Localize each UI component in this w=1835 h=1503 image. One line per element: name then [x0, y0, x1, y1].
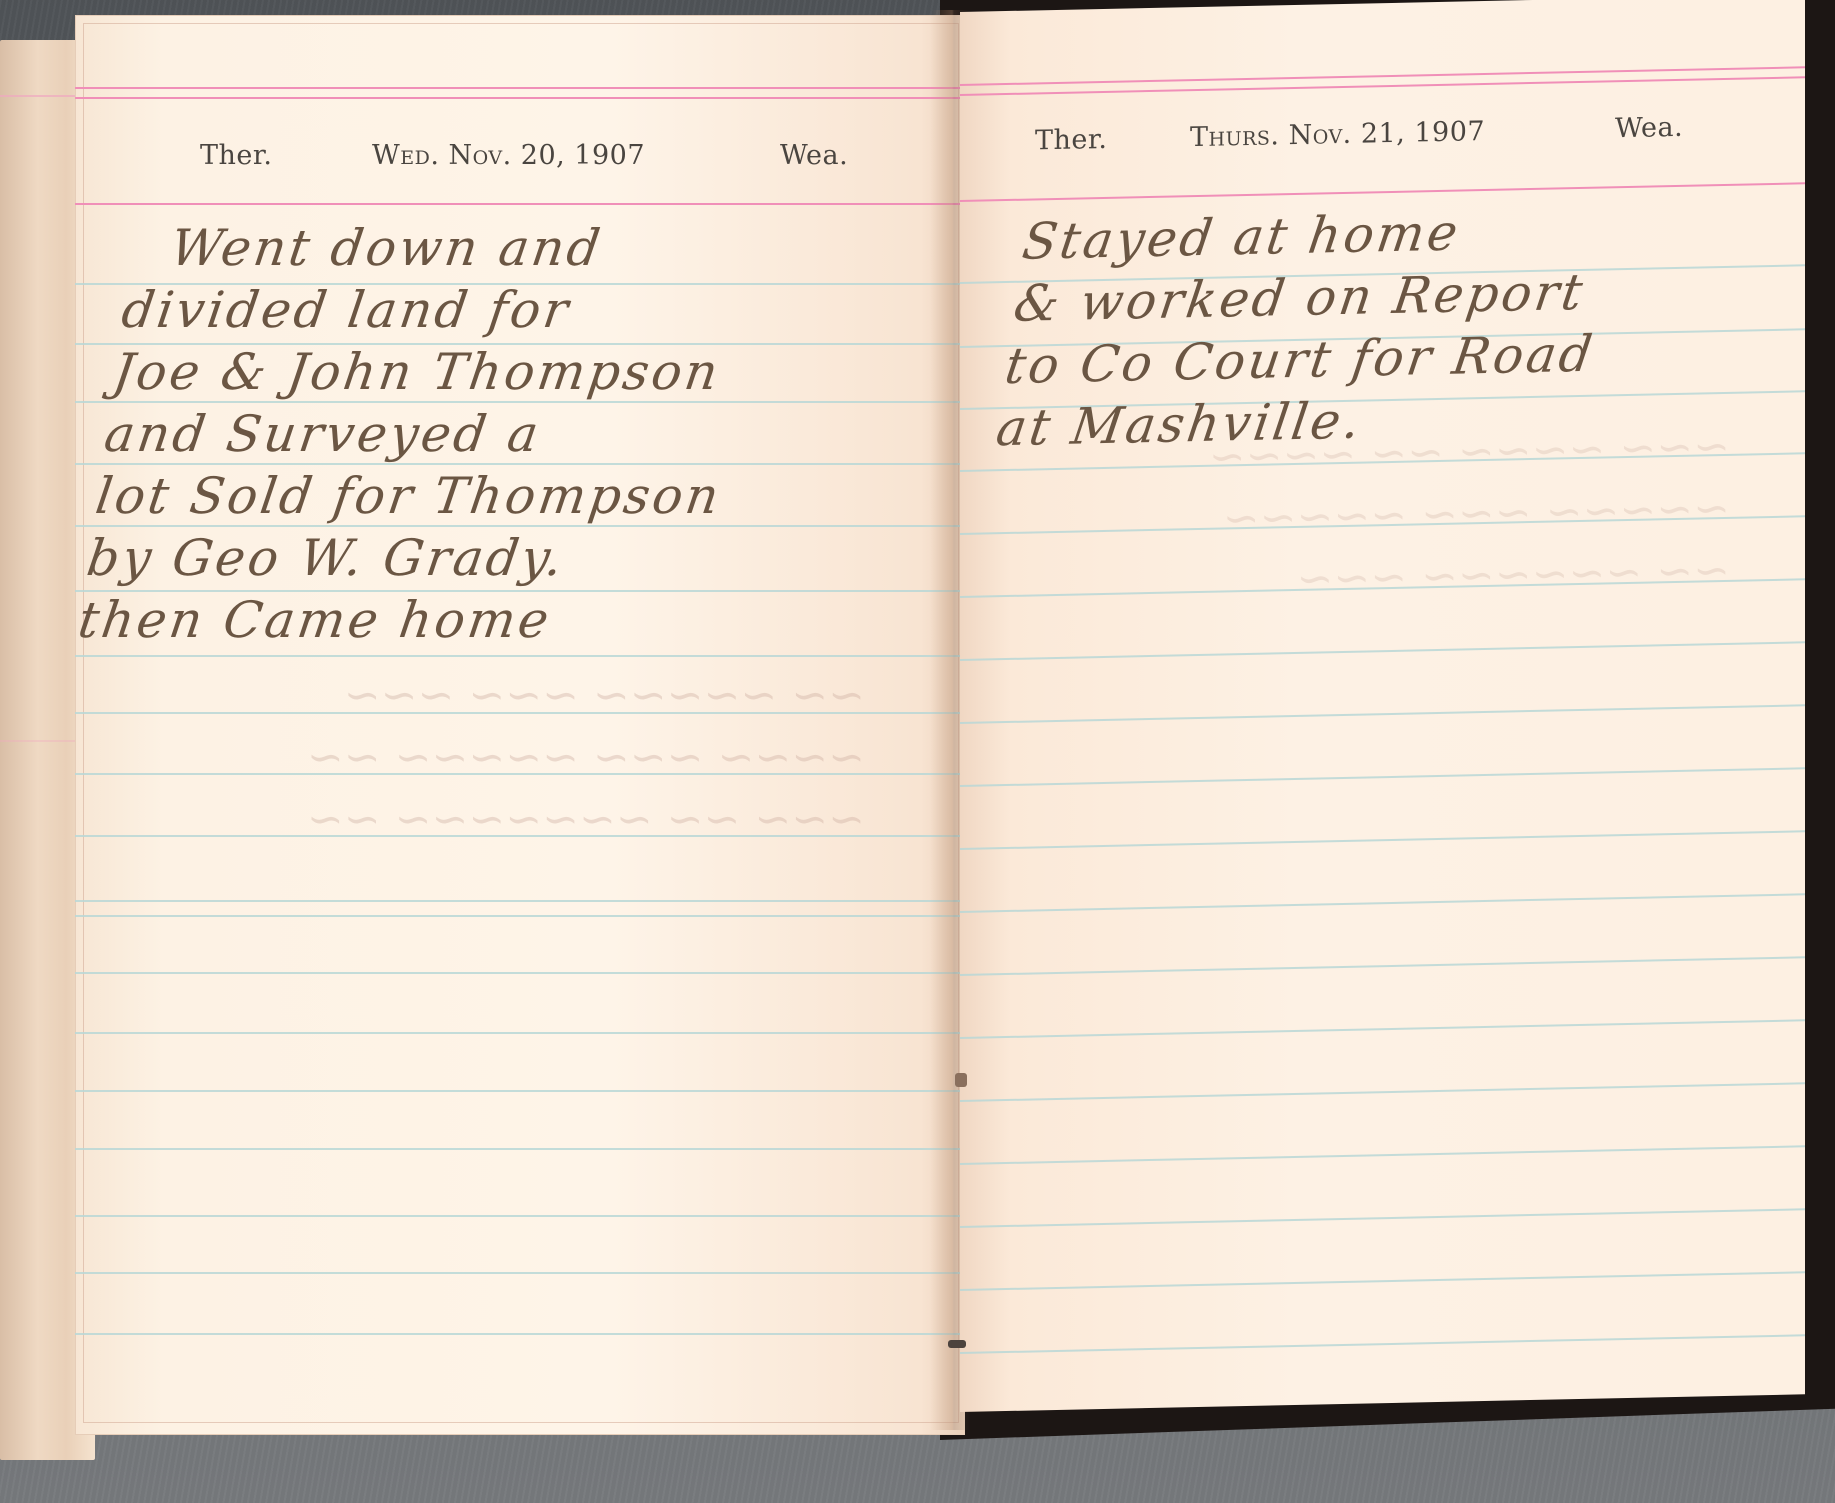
- ruled-line: [960, 956, 1805, 976]
- ruled-line: [960, 1208, 1805, 1228]
- page-header: Ther. Thurs. Nov. 21, 1907 Wea.: [960, 109, 1805, 127]
- ruled-line: [75, 1032, 965, 1034]
- diary-entry-right: Stayed at home & worked on Report to Co …: [993, 198, 1617, 459]
- header-rule-bottom: [75, 203, 965, 205]
- ruled-line: [960, 704, 1805, 724]
- entry-line: to Co Court for Road: [1001, 323, 1598, 398]
- ruled-line: [75, 915, 965, 917]
- ruled-line: [960, 767, 1805, 787]
- entry-line: at Mashville.: [993, 385, 1590, 460]
- ruled-line: [960, 830, 1805, 850]
- entry-line: Went down and: [127, 217, 760, 279]
- entry-line: and Surveyed a: [101, 403, 734, 465]
- thermometer-label: Ther.: [1035, 124, 1107, 157]
- ruled-line: [75, 1148, 965, 1150]
- ruled-line: [960, 1334, 1805, 1354]
- header-rule-bottom: [960, 182, 1805, 202]
- header-rule-top-2: [75, 97, 965, 99]
- thermometer-label: Ther.: [200, 140, 272, 171]
- binding-stitch: [955, 1073, 967, 1087]
- ruled-line: [960, 1145, 1805, 1165]
- entry-line: Joe & John Thompson: [109, 341, 742, 403]
- ruled-line: [75, 655, 965, 657]
- ruled-line: [75, 900, 965, 902]
- ruled-line: [960, 893, 1805, 913]
- ruled-line: [75, 1215, 965, 1217]
- ruled-line: [75, 1333, 965, 1335]
- binding-stitch: [948, 1340, 966, 1348]
- entry-line: then Came home: [75, 589, 708, 651]
- header-rule-top-2: [960, 76, 1805, 96]
- page-date: Thurs. Nov. 21, 1907: [1190, 116, 1485, 153]
- ruled-line: [75, 1090, 965, 1092]
- diary-page-right: Ther. Thurs. Nov. 21, 1907 Wea. ~~~ ~~~~…: [960, 0, 1805, 1412]
- bleed-through-ink: ~~ ~~~~~ ~~~ ~~~ ~~~~ ~~~ ~~~~~ ~~ ~~~ ~…: [165, 665, 865, 851]
- entry-line: by Geo W. Grady.: [83, 527, 716, 589]
- diary-entry-left: Went down and divided land for Joe & Joh…: [75, 217, 760, 651]
- header-rule-top: [75, 87, 965, 89]
- weather-label: Wea.: [780, 140, 848, 171]
- ruled-line: [960, 1019, 1805, 1039]
- ruled-line: [75, 972, 965, 974]
- ruled-line: [75, 1272, 965, 1274]
- diary-page-left: Ther. Wed. Nov. 20, 1907 Wea. ~~ ~~~~~ ~…: [75, 15, 965, 1435]
- ruled-line: [960, 641, 1805, 661]
- weather-label: Wea.: [1615, 112, 1683, 144]
- header-rule-top: [960, 66, 1805, 86]
- ruled-line: [960, 1082, 1805, 1102]
- entry-line: lot Sold for Thompson: [92, 465, 725, 527]
- page-date: Wed. Nov. 20, 1907: [372, 140, 645, 171]
- entry-line: divided land for: [118, 279, 751, 341]
- ruled-line: [960, 1271, 1805, 1291]
